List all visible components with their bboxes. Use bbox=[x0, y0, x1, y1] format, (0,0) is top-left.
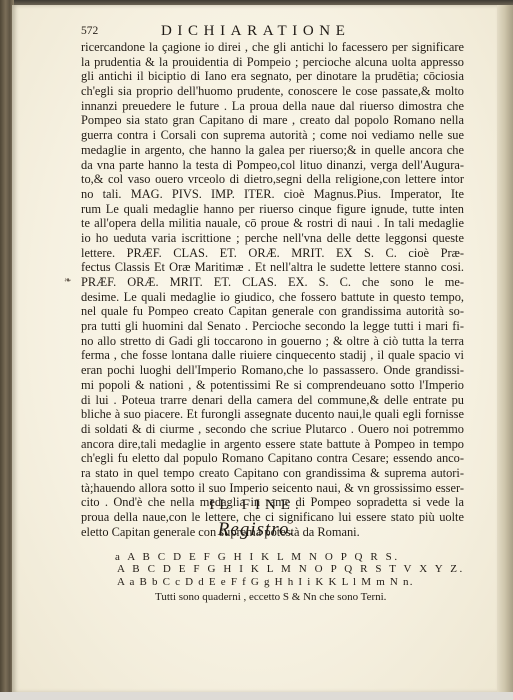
text-line: lettere. PRÆF. CLAS. ET. ORÆ. MRIT. EX S… bbox=[81, 246, 464, 261]
margin-pointer-icon: ❧ bbox=[64, 275, 72, 286]
page-header: 572 DICHIARATIONE bbox=[81, 23, 461, 41]
page-fore-edge bbox=[496, 5, 513, 695]
text-line: te all'opera della militia nauale, cō pr… bbox=[81, 216, 464, 231]
register-title: Registro. bbox=[0, 519, 513, 541]
register-line: a A B C D E F G H I K L M N O P Q R S. bbox=[115, 551, 400, 563]
text-line: no tali. MAG. PIVS. IMP. ITER. cioè Magn… bbox=[81, 187, 464, 202]
text-line: ricercandone la çagione io direi , che g… bbox=[81, 40, 464, 55]
text-line: fectus Classis Et Oræ Maritimæ . Et nell… bbox=[81, 260, 464, 275]
text-line: desime. Le quali medaglie io giudico, ch… bbox=[81, 290, 464, 305]
text-line: bliche à suo piacere. Et furongli assegn… bbox=[81, 407, 464, 422]
text-line: Pompeo sia stato gran Capitano di mare ,… bbox=[81, 113, 464, 128]
body-text: ricercandone la çagione io direi , che g… bbox=[81, 40, 464, 539]
text-line: innanzi preuedere le future . La proua d… bbox=[81, 99, 464, 114]
text-line: di lui . Poteua trarre denari della came… bbox=[81, 393, 464, 408]
text-line: io ho ueduta varia iscrittione ; perche … bbox=[81, 231, 464, 246]
text-line: ch'egli sia proprio dell'huomo prudente,… bbox=[81, 84, 464, 99]
register-line: A a B b C c D d E e F f G g H h I i K K … bbox=[117, 576, 414, 588]
text-line: ch'egli fu eletto dal populo Romano Capi… bbox=[81, 451, 464, 466]
text-line: tà;hauendo allora sotto il suo Imperio s… bbox=[81, 481, 464, 496]
text-line: la prudentia & la prouidentia di Pompeio… bbox=[81, 55, 464, 70]
text-line: rum Le quali medaglie hanno per riuerso … bbox=[81, 202, 464, 217]
text-line: medaglie in argento, che hanno la galea … bbox=[81, 143, 464, 158]
text-line: ra stato in quel tempo creato Capitano c… bbox=[81, 466, 464, 481]
page-number: 572 bbox=[81, 25, 98, 37]
text-line: da vna parte hanno la testa di Pompeo,co… bbox=[81, 158, 464, 173]
text-line: nel quale fu Pompeo creato Capitan gener… bbox=[81, 304, 464, 319]
text-line: to,& col vaso ouero vrceolo di dietro,se… bbox=[81, 172, 464, 187]
register-note: Tutti sono quaderni , eccetto S & Nn che… bbox=[155, 591, 386, 603]
text-line: ferma , che fosse lontana dalle riuiere … bbox=[81, 348, 464, 363]
text-line: ancora dire,tali medaglie in argento ess… bbox=[81, 437, 464, 452]
background-strip bbox=[0, 692, 513, 700]
end-heading: IL FINE. bbox=[0, 497, 513, 514]
text-line: pra tutti gli huomini dal Senato . Perci… bbox=[81, 319, 464, 334]
register-line: A B C D E F G H I K L M N O P Q R S T V … bbox=[117, 563, 465, 575]
text-line: PRÆF. ORÆ. MRIT. ET. CLAS. EX. S. C. che… bbox=[81, 275, 464, 290]
text-line: mi popoli & nationi , & potentissimi Re … bbox=[81, 378, 464, 393]
text-line: gli antichi il biciptio di Iano era segn… bbox=[81, 69, 464, 84]
text-line: eran pochi luoghi dell'Imperio Romano,ch… bbox=[81, 363, 464, 378]
text-line: di soldati & di ciurme , secondo che scr… bbox=[81, 422, 464, 437]
text-line: no allo stretto di Gadi gli toccarono in… bbox=[81, 334, 464, 349]
text-line: guerra contra i Corsali con suprema auto… bbox=[81, 128, 464, 143]
running-title: DICHIARATIONE bbox=[161, 23, 350, 40]
